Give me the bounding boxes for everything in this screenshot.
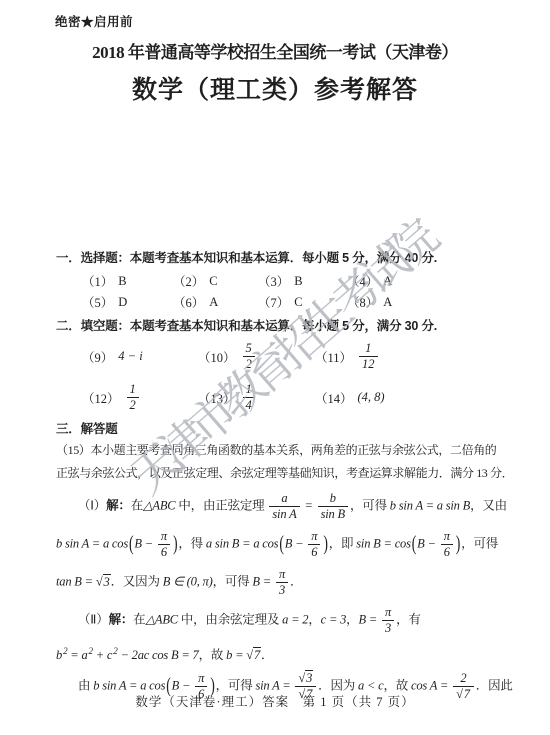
- answer-value: 12: [125, 383, 141, 412]
- blank-answer-cell: （9）4 − i: [82, 348, 198, 366]
- problem-15-intro-line2: 正弦与余弦公式，以及正弦定理、余弦定理等基础知识，考查运算求解能力．满分 13 …: [56, 464, 520, 483]
- answer-letter: C: [294, 295, 302, 310]
- answer-number: （1）: [82, 272, 113, 290]
- answer-number: （13）: [198, 389, 236, 407]
- blank-answer-grid: （9）4 − i （10）52 （11）112 （12）12 （13）14 （1…: [82, 342, 520, 413]
- page-body: 一．选择题：本题考查基本知识和基本运算．每小题 5 分，满分 40 分. （1）…: [56, 248, 520, 710]
- choice-answer-cell: （8）A: [347, 293, 520, 311]
- answer-value: 52: [241, 342, 257, 371]
- answer-number: （2）: [173, 272, 204, 290]
- answer-value: (4, 8): [358, 390, 385, 405]
- section-choice-heading: 一．选择题：本题考查基本知识和基本运算．每小题 5 分，满分 40 分.: [56, 248, 520, 266]
- blank-answer-cell: （13）14: [198, 383, 315, 412]
- section-blank-heading: 二．填空题：本题考查基本知识和基本运算．每小题 5 分，满分 30 分.: [56, 316, 520, 334]
- answer-number: （4）: [347, 272, 378, 290]
- answer-number: （8）: [347, 293, 378, 311]
- choice-answer-cell: （4）A: [347, 272, 520, 290]
- answer-number: （6）: [173, 293, 204, 311]
- answer-letter: C: [209, 274, 217, 289]
- answer-letter: B: [118, 274, 126, 289]
- answer-number: （10）: [198, 348, 236, 366]
- answer-number: （3）: [258, 272, 289, 290]
- solution-line-4: （Ⅱ）解：在△ABC 中，由余弦定理及 a = 2，c = 3，B = π3，有: [56, 606, 520, 635]
- answer-number: （7）: [258, 293, 289, 311]
- choice-answer-cell: （3）B: [258, 272, 347, 290]
- answer-letter: D: [118, 295, 127, 310]
- answer-number: （5）: [82, 293, 113, 311]
- blank-answer-cell: （12）12: [82, 383, 198, 412]
- blank-answer-cell: （14）(4, 8): [315, 389, 520, 407]
- blank-answer-cell: （11）112: [315, 342, 520, 371]
- solution-line-2: b sin A = a cos(B − π6)，得 a sin B = a co…: [56, 530, 520, 559]
- answer-value: 14: [241, 383, 257, 412]
- blank-answer-cell: （10）52: [198, 342, 315, 371]
- exam-answer-page: 绝密★启用前 2018 年普通高等学校招生全国统一考试（天津卷） 数学（理工类）…: [0, 0, 550, 735]
- page-footer: 数学（天津卷·理工）答案 第 1 页（共 7 页）: [0, 692, 550, 710]
- answer-letter: B: [294, 274, 302, 289]
- answer-number: （11）: [315, 348, 352, 366]
- choice-answer-cell: （5）D: [82, 293, 173, 311]
- choice-answer-cell: （2）C: [173, 272, 258, 290]
- choice-answer-cell: （7）C: [258, 293, 347, 311]
- choice-answer-cell: （6）A: [173, 293, 258, 311]
- answer-number: （9）: [82, 348, 113, 366]
- answer-key-title: 数学（理工类）参考解答: [0, 70, 550, 106]
- exam-title: 2018 年普通高等学校招生全国统一考试（天津卷）: [0, 38, 550, 63]
- answer-letter: A: [209, 295, 218, 310]
- answer-value: 112: [357, 342, 380, 371]
- solution-line-1: （Ⅰ）解：在△ABC 中，由正弦定理 asin A = bsin B，可得 b …: [56, 492, 520, 521]
- choice-answer-grid: （1）B （2）C （3）B （4）A （5）D （6）A （7）C （8）A: [82, 272, 520, 311]
- solution-line-3: tan B = √3．又因为 B ∈ (0, π)，可得 B = π3．: [56, 568, 520, 597]
- answer-number: （12）: [82, 389, 120, 407]
- choice-answer-cell: （1）B: [82, 272, 173, 290]
- problem-15-intro-line1: （15）本小题主要考查同角三角函数的基本关系，两角差的正弦与余弦公式，二倍角的: [56, 441, 520, 460]
- answer-number: （14）: [315, 389, 353, 407]
- section-solution-heading: 三．解答题: [56, 419, 520, 437]
- answer-value: 4 − i: [118, 349, 142, 364]
- solution-line-5: b2 = a2 + c2 − 2ac cos B = 7，故 b = √7．: [56, 645, 520, 663]
- classification-label: 绝密★启用前: [55, 12, 133, 30]
- answer-letter: A: [383, 295, 392, 310]
- answer-letter: A: [383, 274, 392, 289]
